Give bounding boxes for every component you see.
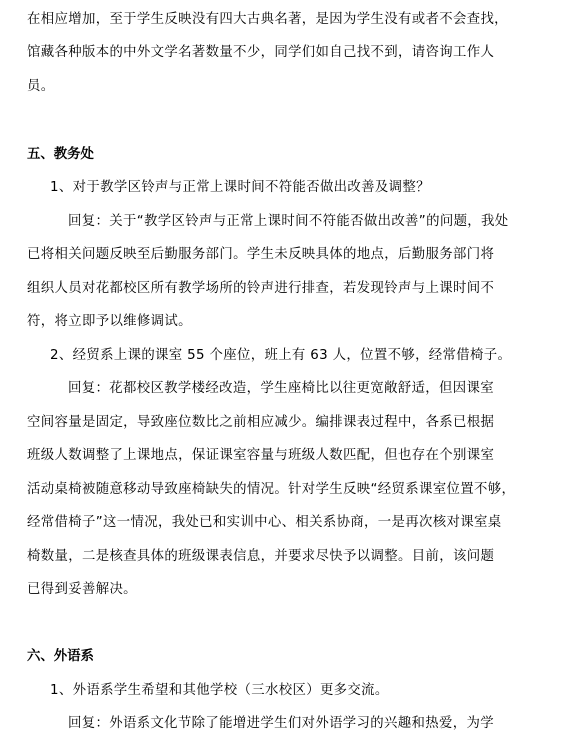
reply-line: 组织人员对花都校区所有教学场所的铃声进行排查，若发现铃声与上课时间不 [27,280,551,298]
question-item: 1、外语系学生希望和其他学校（三水校区）更多交流。 [50,682,574,700]
reply-line: 班级人数调整了上课地点，保证课室容量与班级人数匹配，但也存在个别课室 [27,447,551,465]
question-item: 1、对于教学区铃声与正常上课时间不符能否做出改善及调整？ [50,179,574,197]
paragraph-line: 在相应增加，至于学生反映没有四大古典名著，是因为学生没有或者不会查找， [27,11,551,29]
reply-line: 符，将立即予以维修调试。 [27,313,551,331]
reply-line: 回复：关于“教学区铃声与正常上课时间不符能否做出改善”的问题，我处 [68,213,578,231]
question-item: 2、经贸系上课的课室 55 个座位，班上有 63 人，位置不够，经常借椅子。 [50,347,574,365]
reply-line: 空间容量是固定，导致座位数比之前相应减少。编排课表过程中，各系已根据 [27,414,551,432]
reply-line: 活动桌椅被随意移动导致座椅缺失的情况。针对学生反映“经贸系课室位置不够， [27,481,551,499]
reply-line: 已得到妥善解决。 [27,581,551,599]
reply-line: 已将相关问题反映至后勤服务部门。学生未反映具体的地点，后勤服务部门将 [27,246,551,264]
reply-line: 回复：花都校区教学楼经改造，学生座椅比以往更宽敞舒适，但因课室 [68,380,578,398]
reply-line: 回复：外语系文化节除了能增进学生们对外语学习的兴趣和热爱，为学 [68,715,578,733]
paragraph-line: 员。 [27,78,551,96]
section-heading-foreign-languages: 六、外语系 [27,648,551,666]
reply-line: 椅数量，二是核查具体的班级课表信息，并要求尽快予以调整。目前，该问题 [27,548,551,566]
document-page: 在相应增加，至于学生反映没有四大古典名著，是因为学生没有或者不会查找， 馆藏各种… [0,0,578,736]
paragraph-line: 馆藏各种版本的中外文学名著数量不少，同学们如自己找不到，请咨询工作人 [27,44,551,62]
reply-line: 经常借椅子”这一情况，我处已和实训中心、相关系协商，一是再次核对课室桌 [27,514,551,532]
section-heading-academic-affairs: 五、教务处 [27,146,551,164]
